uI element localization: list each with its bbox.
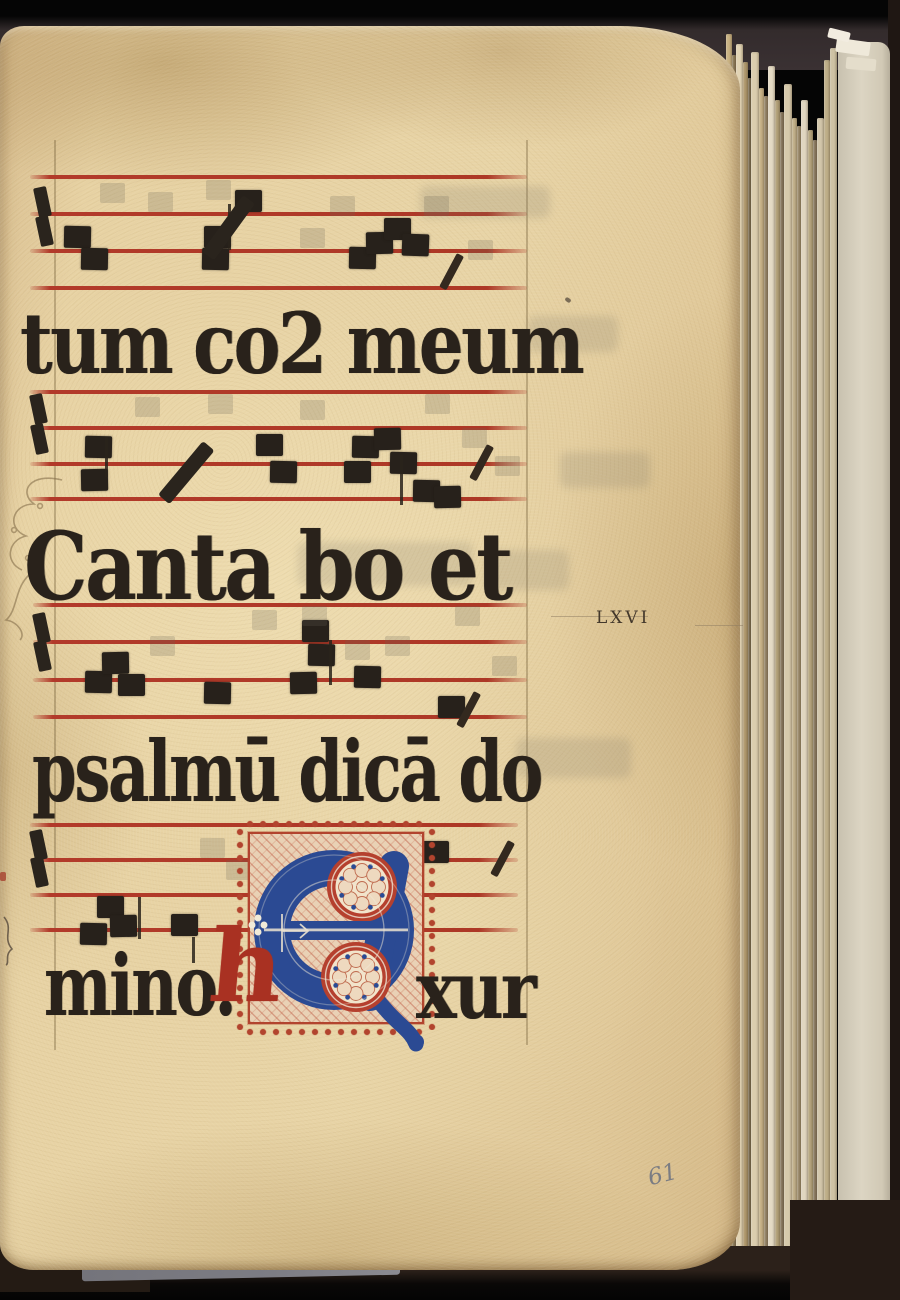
page-edge-strip [751,52,759,1252]
table-shadow-right [790,1200,900,1300]
flyleaf-strip [838,42,890,1260]
page-edge-strip [768,66,775,1252]
vellum-page [0,26,740,1270]
page-edge-strip [830,48,837,1252]
page-edge-strip [817,118,824,1252]
manuscript-photo: LXVI 61 h [0,0,900,1300]
page-edge-strip [784,84,792,1252]
page-edge-strip [801,100,808,1252]
paper-slip-corner [846,57,877,72]
